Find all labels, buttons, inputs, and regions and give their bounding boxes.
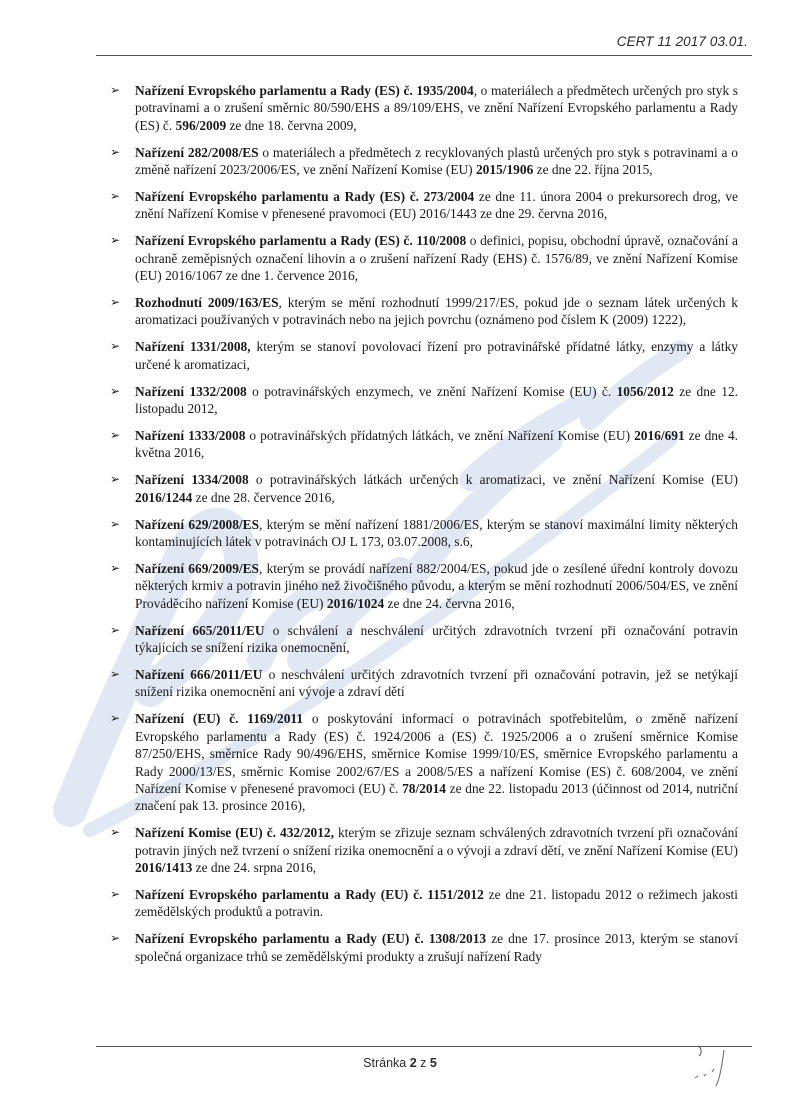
arrow-bullet-icon: ➢ xyxy=(110,82,124,99)
arrow-bullet-icon: ➢ xyxy=(110,560,124,577)
list-item: ➢Nařízení 666/2011/EU o neschválení urči… xyxy=(110,666,738,701)
list-item: ➢Nařízení Evropského parlamentu a Rady (… xyxy=(110,930,738,965)
list-item: ➢Nařízení 282/2008/ES o materiálech a př… xyxy=(110,144,738,179)
list-item: ➢Nařízení 629/2008/ES, kterým se mění na… xyxy=(110,516,738,551)
page-label: Stránka xyxy=(363,1056,406,1070)
arrow-bullet-icon: ➢ xyxy=(110,516,124,533)
handwritten-mark xyxy=(690,1040,740,1090)
arrow-bullet-icon: ➢ xyxy=(110,710,124,727)
regulation-reference: Nařízení 1332/2008 xyxy=(135,384,247,399)
regulation-description: o potravinářských přídatných látkách, ve… xyxy=(245,428,634,443)
regulation-reference: Nařízení 665/2011/EU xyxy=(135,623,265,638)
list-item: ➢Nařízení 669/2009/ES, kterým se provádí… xyxy=(110,560,738,612)
list-item: ➢Nařízení Evropského parlamentu a Rady (… xyxy=(110,82,738,134)
regulation-description: ze dne 24. června 2016, xyxy=(384,596,515,611)
regulation-reference: 78/2014 xyxy=(402,781,446,796)
list-item: ➢Nařízení Komise (EU) č. 432/2012, který… xyxy=(110,824,738,876)
regulation-reference: Nařízení Evropského parlamentu a Rady (E… xyxy=(135,189,474,204)
arrow-bullet-icon: ➢ xyxy=(110,144,124,161)
regulation-reference: 2016/1413 xyxy=(135,860,192,875)
current-page-number: 2 xyxy=(410,1056,417,1070)
list-item: ➢Nařízení 1334/2008 o potravinářských lá… xyxy=(110,471,738,506)
regulation-reference: 1056/2012 xyxy=(617,384,674,399)
arrow-bullet-icon: ➢ xyxy=(110,383,124,400)
list-item: ➢Nařízení (EU) č. 1169/2011 o poskytován… xyxy=(110,710,738,814)
list-item: ➢Nařízení Evropského parlamentu a Rady (… xyxy=(110,886,738,921)
arrow-bullet-icon: ➢ xyxy=(110,338,124,355)
page-of-label: z xyxy=(420,1056,426,1070)
arrow-bullet-icon: ➢ xyxy=(110,294,124,311)
arrow-bullet-icon: ➢ xyxy=(110,622,124,639)
arrow-bullet-icon: ➢ xyxy=(110,232,124,249)
arrow-bullet-icon: ➢ xyxy=(110,188,124,205)
regulation-reference: 2015/1906 xyxy=(476,162,533,177)
regulation-reference: Nařízení Evropského parlamentu a Rady (E… xyxy=(135,233,466,248)
list-item: ➢Nařízení 1331/2008, kterým se stanoví p… xyxy=(110,338,738,373)
regulation-reference: Nařízení 1331/2008, xyxy=(135,339,251,354)
regulation-reference: Nařízení Evropského parlamentu a Rady (E… xyxy=(135,931,486,946)
page-footer: Stránka 2 z 5 xyxy=(0,1056,800,1070)
document-id: CERT 11 2017 03.01. xyxy=(617,34,748,49)
arrow-bullet-icon: ➢ xyxy=(110,666,124,683)
regulation-reference: Nařízení 669/2009/ES xyxy=(135,561,259,576)
regulation-reference: Nařízení 1334/2008 xyxy=(135,472,249,487)
list-item: ➢Nařízení 665/2011/EU o schválení a nesc… xyxy=(110,622,738,657)
regulation-reference: Nařízení (EU) č. 1169/2011 xyxy=(135,711,303,726)
list-item: ➢Nařízení Evropského parlamentu a Rady (… xyxy=(110,232,738,284)
regulation-description: o potravinářských enzymech, ve znění Nař… xyxy=(247,384,617,399)
regulation-reference: Nařízení 666/2011/EU xyxy=(135,667,262,682)
list-item: ➢Rozhodnutí 2009/163/ES, kterým se mění … xyxy=(110,294,738,329)
arrow-bullet-icon: ➢ xyxy=(110,886,124,903)
regulation-list: ➢Nařízení Evropského parlamentu a Rady (… xyxy=(110,82,738,975)
total-pages-number: 5 xyxy=(430,1056,437,1070)
regulation-reference: Nařízení 1333/2008 xyxy=(135,428,245,443)
regulation-reference: 2016/691 xyxy=(634,428,685,443)
regulation-description: ze dne 22. října 2015, xyxy=(533,162,652,177)
regulation-description: ze dne 24. srpna 2016, xyxy=(192,860,316,875)
page-header: CERT 11 2017 03.01. xyxy=(0,0,800,62)
regulation-reference: Nařízení 282/2008/ES xyxy=(135,145,259,160)
regulation-reference: Nařízení Komise (EU) č. 432/2012, xyxy=(135,825,334,840)
header-divider xyxy=(96,55,752,56)
regulation-reference: Nařízení Evropského parlamentu a Rady (E… xyxy=(135,83,474,98)
regulation-reference: Nařízení 629/2008/ES xyxy=(135,517,259,532)
regulation-reference: 2016/1024 xyxy=(327,596,384,611)
regulation-reference: Nařízení Evropského parlamentu a Rady (E… xyxy=(135,887,484,902)
list-item: ➢Nařízení Evropského parlamentu a Rady (… xyxy=(110,188,738,223)
list-item: ➢Nařízení 1332/2008 o potravinářských en… xyxy=(110,383,738,418)
arrow-bullet-icon: ➢ xyxy=(110,930,124,947)
arrow-bullet-icon: ➢ xyxy=(110,427,124,444)
regulation-description: ze dne 28. července 2016, xyxy=(192,490,334,505)
footer-divider xyxy=(96,1046,752,1047)
regulation-description: o potravinářských látkách určených k aro… xyxy=(249,472,738,487)
regulation-reference: 596/2009 xyxy=(176,118,227,133)
regulation-description: ze dne 18. června 2009, xyxy=(226,118,357,133)
regulation-reference: 2016/1244 xyxy=(135,490,192,505)
arrow-bullet-icon: ➢ xyxy=(110,471,124,488)
arrow-bullet-icon: ➢ xyxy=(110,824,124,841)
regulation-reference: Rozhodnutí 2009/163/ES xyxy=(135,295,279,310)
list-item: ➢Nařízení 1333/2008 o potravinářských př… xyxy=(110,427,738,462)
